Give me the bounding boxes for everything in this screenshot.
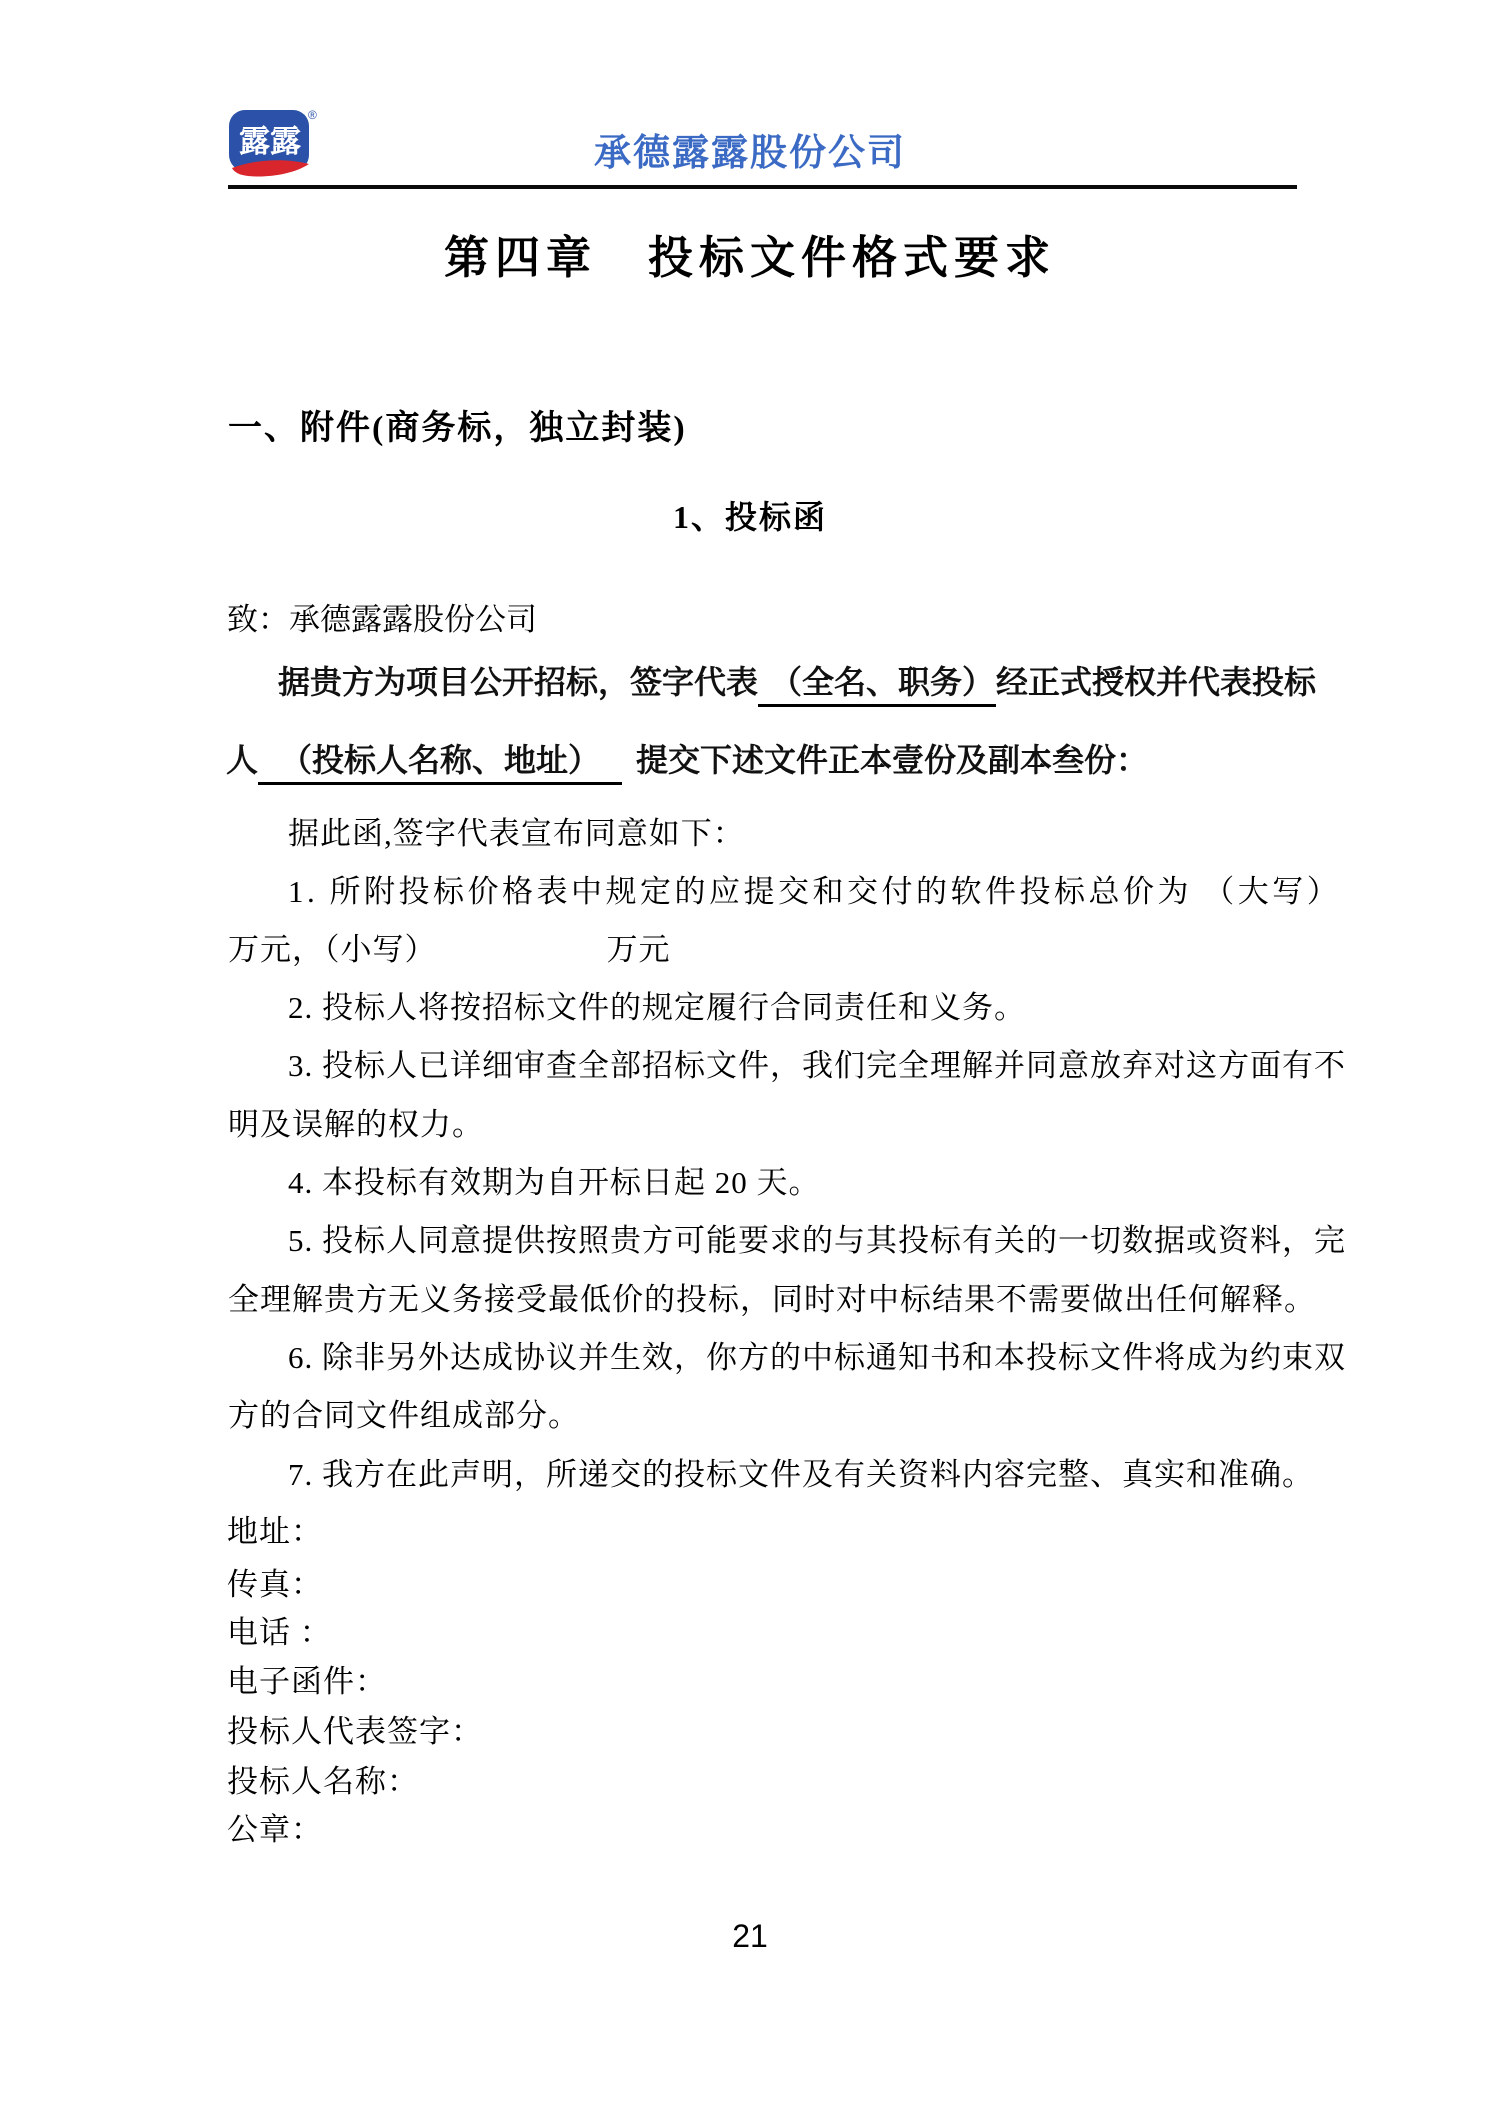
body-line-item5-2: 全理解贵方无义务接受最低价的投标，同时对中标结果不需要做出任何解释。 (228, 1284, 1316, 1315)
company-name: 承德露露股份公司 (0, 134, 1500, 171)
field-address: 地址： (227, 1516, 323, 1547)
body-line-intro: 据此函,签字代表宣布同意如下： (228, 818, 745, 849)
field-rep-signature: 投标人代表签字： (227, 1716, 483, 1747)
price-words-label: 万元，（小写） (228, 932, 437, 967)
field-email: 电子函件： (227, 1666, 387, 1697)
field-phone: 电话 ： (227, 1617, 332, 1648)
body-line-item2: 2. 投标人将按招标文件的规定履行合同责任和义务。 (228, 992, 1026, 1023)
authorization-line-2: 人（投标人名称、地址）提交下述文件正本壹份及副本叁份： (226, 744, 1148, 776)
registered-mark: ® (308, 108, 317, 122)
body-line-item5-1: 5. 投标人同意提供按照贵方可能要求的与其投标有关的一切数据或资料，完 (228, 1225, 1346, 1256)
page-number: 21 (0, 1920, 1500, 1952)
body-line-item1-2: 万元，（小写）万元 (228, 934, 671, 965)
sub-heading: 1、投标函 (0, 501, 1500, 533)
chapter-title: 第四章 投标文件格式要求 (0, 236, 1500, 281)
body-line-item1-1: 1. 所附投标价格表中规定的应提交和交付的软件投标总价为 （大写） (228, 876, 1341, 907)
authorization-line-1: 据贵方为项目公开招标，签字代表（全名、职务）经正式授权并代表投标 (278, 666, 1316, 698)
header-rule (228, 185, 1297, 189)
blank-bidder-name-address: （投标人名称、地址） (258, 742, 622, 785)
blank-full-name-title: （全名、职务） (758, 664, 996, 707)
auth-text-4: 提交下述文件正本壹份及副本叁份： (636, 742, 1148, 778)
document-page: 露露 ® 承德露露股份公司 第四章 投标文件格式要求 一、附件(商务标，独立封装… (0, 0, 1500, 2121)
body-line-item3-1: 3. 投标人已详细审查全部招标文件，我们完全理解并同意放弃对这方面有不 (228, 1050, 1346, 1081)
auth-text-1: 据贵方为项目公开招标，签字代表 (278, 664, 758, 700)
field-bidder-name: 投标人名称： (227, 1766, 419, 1797)
salutation-line: 致：承德露露股份公司 (227, 604, 537, 635)
body-line-item3-2: 明及误解的权力。 (228, 1109, 484, 1140)
field-official-seal: 公章： (227, 1814, 323, 1845)
price-unit-label: 万元 (607, 932, 671, 967)
body-line-item7: 7. 我方在此声明，所递交的投标文件及有关资料内容完整、真实和准确。 (228, 1459, 1314, 1490)
body-line-item6-2: 方的合同文件组成部分。 (228, 1400, 580, 1431)
body-line-item4: 4. 本投标有效期为自开标日起 20 天。 (228, 1167, 821, 1198)
auth-text-3: 人 (226, 742, 258, 778)
body-line-item6-1: 6. 除非另外达成协议并生效，你方的中标通知书和本投标文件将成为约束双 (228, 1342, 1346, 1373)
auth-text-2: 经正式授权并代表投标 (996, 664, 1316, 700)
section-heading: 一、附件(商务标，独立封装) (228, 412, 687, 446)
field-fax: 传真： (227, 1569, 323, 1600)
